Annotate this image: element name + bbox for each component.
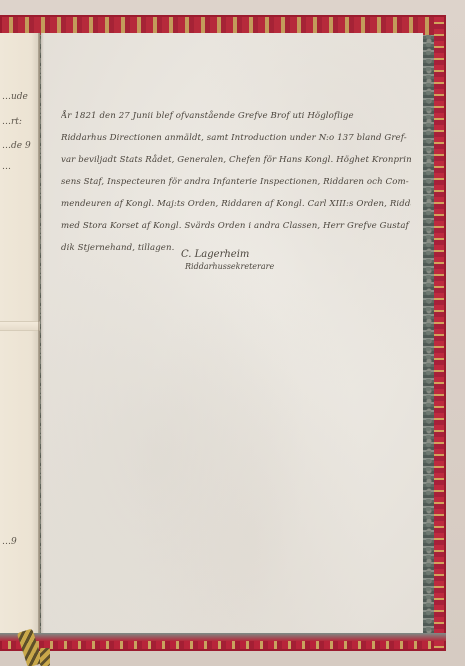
signature-name: C. Lagerheim [181, 249, 274, 261]
bookmark-ribbon-end [40, 648, 50, 666]
page-fold [0, 321, 40, 331]
signature-title: Riddarhussekreterare [181, 261, 274, 272]
signature-block: C. Lagerheim Riddarhussekreterare [181, 249, 274, 272]
manuscript-line: mendeuren af Kongl. Maj:ts Orden, Riddar… [61, 193, 411, 215]
spine-shadow [38, 33, 44, 633]
left-text-fragment: …de 9 [2, 141, 31, 151]
left-text-fragment: …rt: [2, 117, 22, 127]
previous-page-edge: …ude …rt: …de 9 … …9 [0, 33, 40, 633]
left-text-fragment: … [2, 162, 11, 172]
left-text-fragment: …9 [2, 537, 17, 547]
manuscript-line: med Stora Korset af Kongl. Svärds Orden … [61, 215, 411, 237]
left-text-fragment: …ude [2, 92, 28, 102]
manuscript-line: var beviljadt Stats Rådet, Generalen, Ch… [61, 149, 411, 171]
manuscript-line: sens Staf, Inspecteuren för andra Infant… [61, 171, 411, 193]
manuscript-page: År 1821 den 27 Junii blef ofvanstående G… [41, 33, 423, 633]
manuscript-line: År 1821 den 27 Junii blef ofvanstående G… [61, 105, 411, 127]
border-bottom-edge [0, 633, 446, 641]
manuscript-line: Riddarhus Directionen anmäldt, samt Intr… [61, 127, 411, 149]
manuscript-text: År 1821 den 27 Junii blef ofvanstående G… [61, 105, 411, 259]
border-right-edge [434, 17, 444, 649]
